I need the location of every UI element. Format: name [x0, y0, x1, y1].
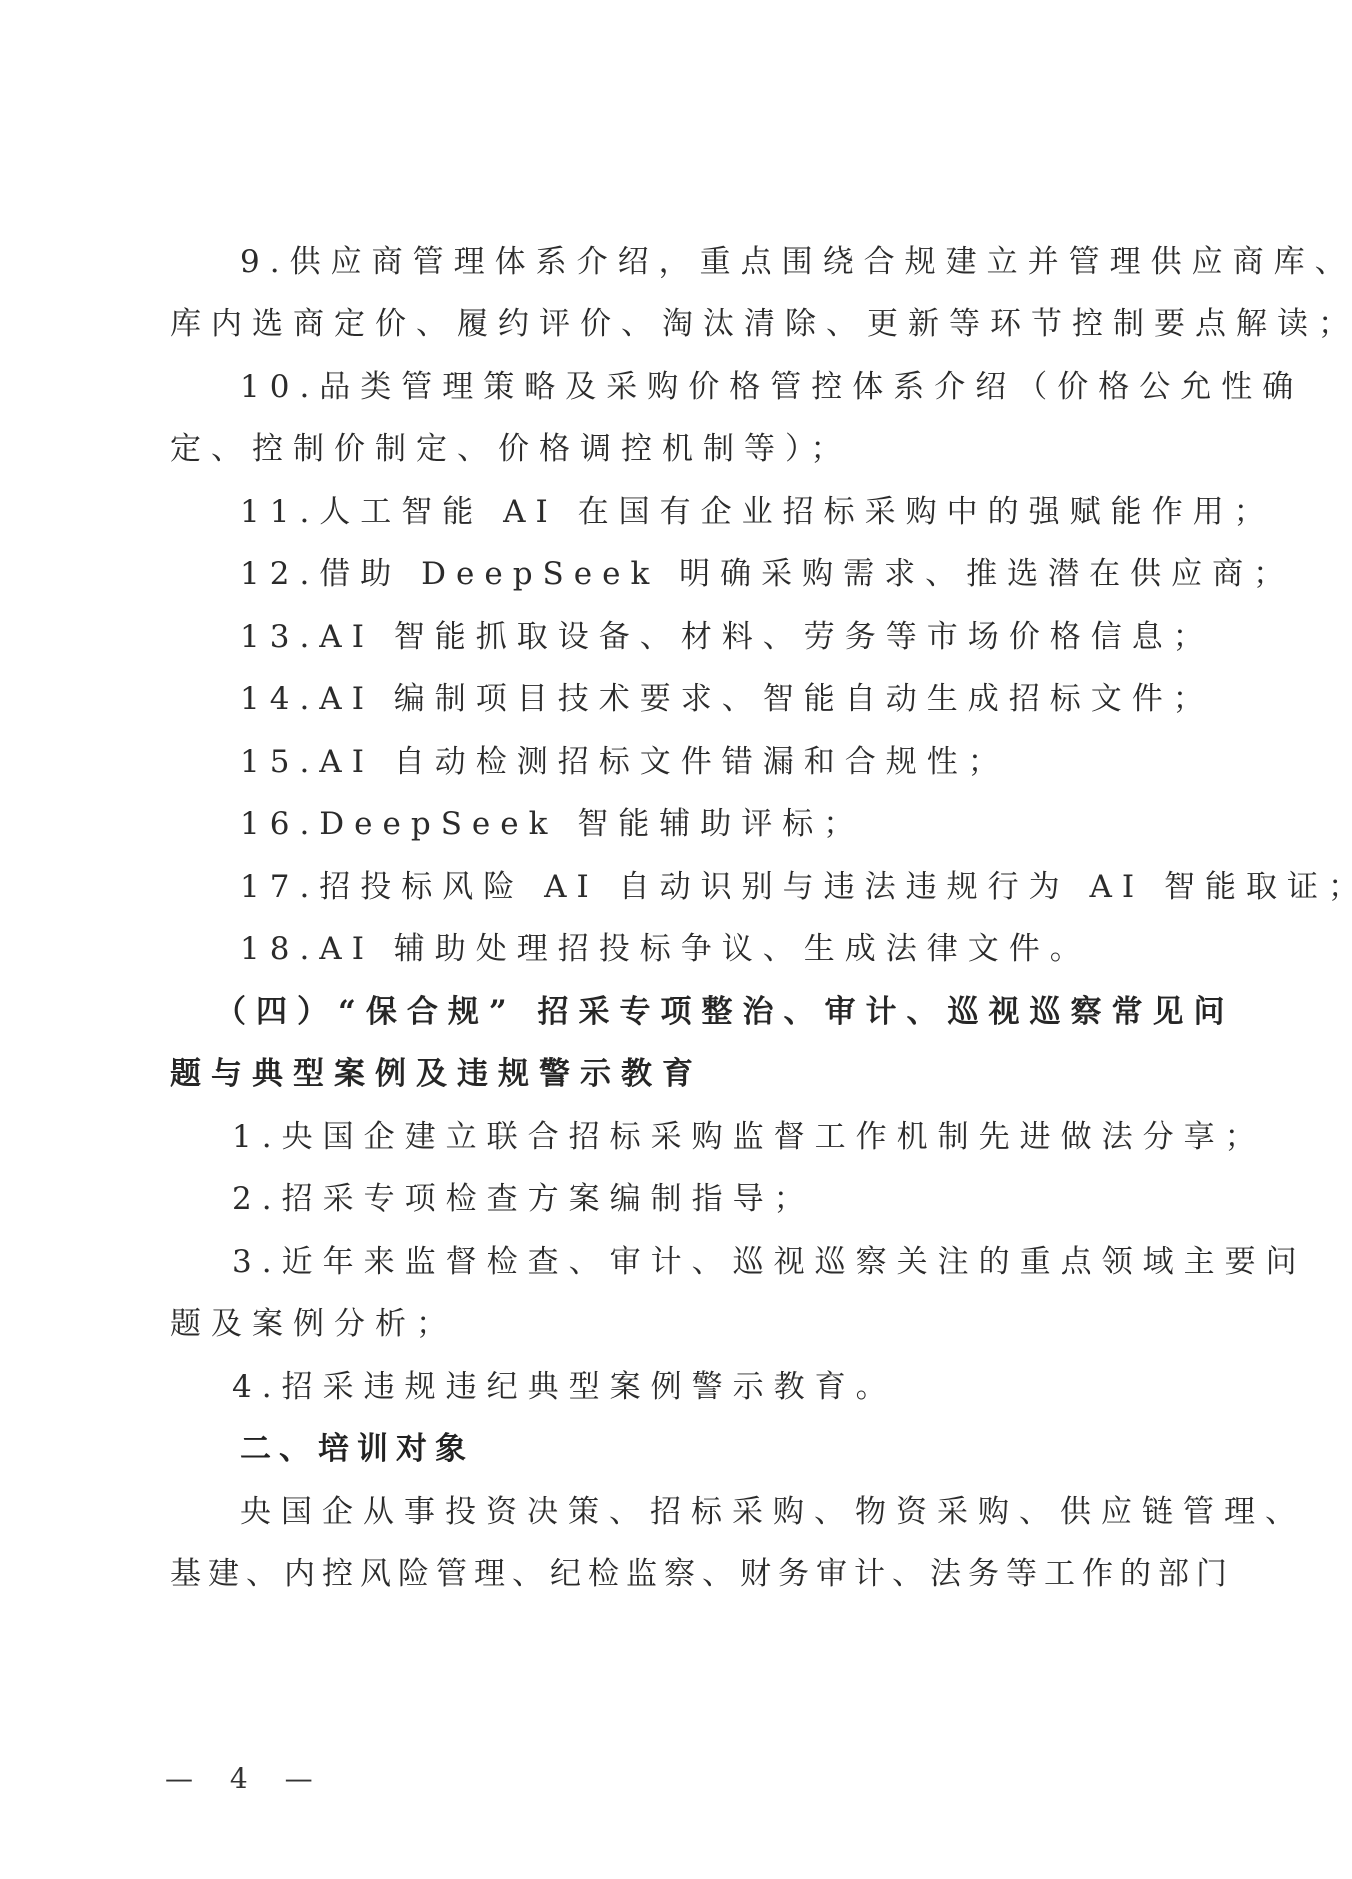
- list-item-9-line-2: 库内选商定价、履约评价、淘汰清除、更新等环节控制要点解读；: [170, 302, 1352, 346]
- list-item-4: 4.招采违规违纪典型案例警示教育。: [232, 1365, 897, 1409]
- paragraph-line-1: 央国企从事投资决策、招标采购、物资采购、供应链管理、: [240, 1490, 1306, 1534]
- section-subheading-4-line-2: 题与典型案例及违规警示教育: [170, 1052, 703, 1096]
- list-item-3-line-2: 题及案例分析；: [170, 1302, 457, 1346]
- list-item-15: 15.AI 自动检测招标文件错漏和合规性；: [240, 740, 1009, 784]
- list-item-2: 2.招采专项检查方案编制指导；: [232, 1177, 815, 1221]
- list-item-17: 17.招投标风险 AI 自动识别与违法违规行为 AI 智能取证；: [240, 865, 1352, 909]
- section-heading-training-targets: 二、培训对象: [240, 1427, 474, 1471]
- list-item-9-line-1: 9.供应商管理体系介绍，重点围绕合规建立并管理供应商库、: [240, 240, 1352, 284]
- list-item-10-line-1: 10.品类管理策略及采购价格管控体系介绍（价格公允性确: [240, 365, 1303, 409]
- page-number: — 4 —: [165, 1762, 327, 1795]
- list-item-12: 12.借助 DeepSeek 明确采购需求、推选潜在供应商；: [240, 552, 1294, 596]
- list-item-10-line-2: 定、控制价制定、价格调控机制等）；: [170, 427, 852, 471]
- list-item-18: 18.AI 辅助处理招投标争议、生成法律文件。: [240, 927, 1091, 971]
- paragraph-line-2: 基建、内控风险管理、纪检监察、财务审计、法务等工作的部门: [170, 1552, 1234, 1596]
- list-item-3-line-1: 3.近年来监督检查、审计、巡视巡察关注的重点领域主要问: [232, 1240, 1307, 1284]
- section-subheading-4-line-1: （四）“保合规” 招采专项整治、审计、巡视巡察常见问: [215, 990, 1234, 1034]
- list-item-11: 11.人工智能 AI 在国有企业招标采购中的强赋能作用；: [240, 490, 1275, 534]
- list-item-16: 16.DeepSeek 智能辅助评标；: [240, 802, 864, 846]
- list-item-1: 1.央国企建立联合招标采购监督工作机制先进做法分享；: [232, 1115, 1266, 1159]
- list-item-13: 13.AI 智能抓取设备、材料、劳务等市场价格信息；: [240, 615, 1214, 659]
- list-item-14: 14.AI 编制项目技术要求、智能自动生成招标文件；: [240, 677, 1214, 721]
